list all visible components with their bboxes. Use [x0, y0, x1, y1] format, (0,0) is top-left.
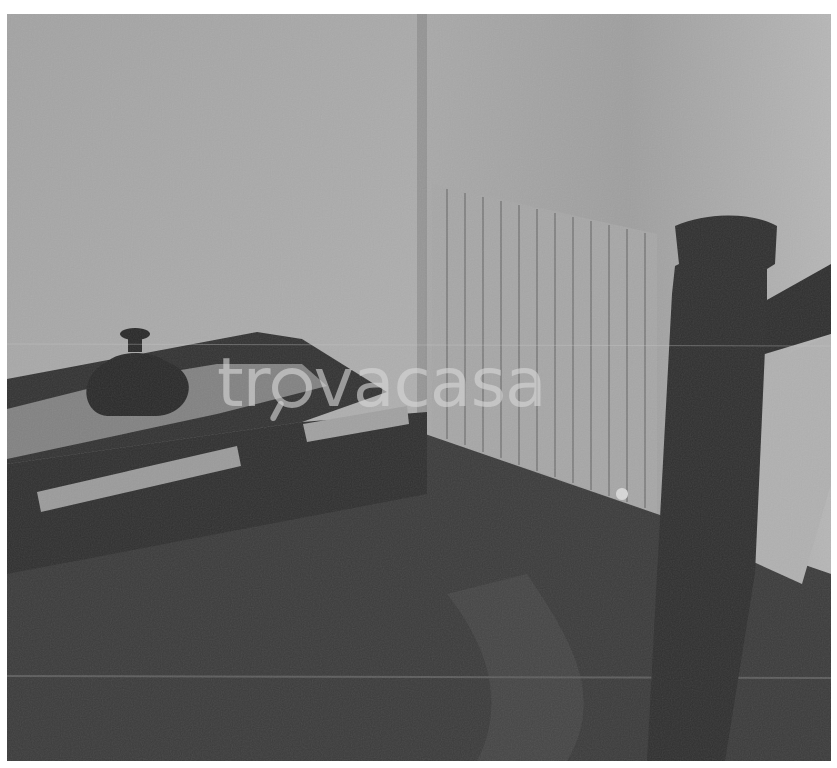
- watermark: trvacasa: [217, 350, 546, 418]
- watermark-suffix: vacasa: [314, 344, 546, 423]
- magnifier-icon: [272, 368, 312, 408]
- listing-photo: trvacasa: [7, 14, 831, 761]
- watermark-prefix: tr: [217, 344, 270, 423]
